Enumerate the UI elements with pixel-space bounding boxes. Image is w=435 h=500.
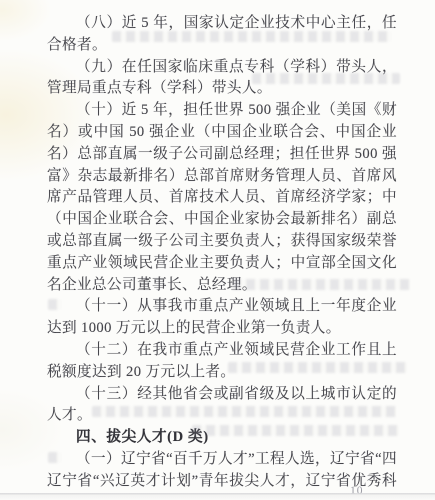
text-line: 富》杂志最新排名）总部首席财务管理人员、首席风险控制人员、首 [47, 166, 397, 188]
text-line: 名）总部直属一级子公司副总经理；担任世界 500 强企业（美国《财 [47, 144, 397, 166]
text-line: 重点产业领域民营企业主要负责人；中宣部全国文化企业 30 强提 [47, 253, 397, 275]
text-line: 辽宁省“兴辽英才计划”青年拔尖人才，辽宁省优秀科技工作者，享 [47, 471, 397, 493]
document-text: （八）近 5 年，国家认定企业技术中心主任，任期内考核结果为合格者。（九）在任国… [47, 13, 397, 493]
text-line: 税额度达到 20 万元以上者。 [47, 362, 397, 384]
text-line: 名）或中国 50 强企业（中国企业联合会、中国企业家协会最新排 [47, 122, 397, 144]
paragraph: （十三）经其他省会或副省级及以上城市认定的相应层次人才。 [47, 384, 397, 428]
scan-edge-line [2, 0, 3, 492]
paragraph: （一）辽宁省“百千万人才”工程人选，辽宁省“四个一批”人选，辽宁省“兴辽英才计划… [47, 449, 397, 493]
paragraph: （八）近 5 年，国家认定企业技术中心主任，任期内考核结果为合格者。 [47, 13, 397, 57]
text-line: （中国企业联合会、中国企业家协会最新排名）副总裁（副总经理） [47, 209, 397, 231]
text-line: 席产品管理人员、首席技术人员、首席经济学家；中国 500 强企业 [47, 187, 397, 209]
text-line: 人才。 [47, 405, 397, 427]
text-line: （十一）从事我市重点产业领域且上一年度企业纳税贡献额度 [47, 296, 397, 318]
scanned-document-page: （八）近 5 年，国家认定企业技术中心主任，任期内考核结果为合格者。（九）在任国… [0, 0, 435, 500]
text-line: 管理局重点专科（学科）带头人。 [47, 78, 397, 100]
paragraph: （十一）从事我市重点产业领域且上一年度企业纳税贡献额度达到 1000 万元以上的… [47, 296, 397, 340]
text-line: 四、拔尖人才(D 类) [47, 427, 397, 449]
text-line: 合格者。 [47, 35, 397, 57]
text-line: 或总部直属一级子公司主要负责人；获得国家级荣誉且从事我市 [47, 231, 397, 253]
text-line: （十二）在我市重点产业领域民营企业工作且上一年度个人纳 [47, 340, 397, 362]
text-line: （八）近 5 年，国家认定企业技术中心主任，任期内考核结果为 [47, 13, 397, 35]
text-line: 名企业总公司董事长、总经理。 [47, 275, 397, 297]
text-line: （九）在任国家临床重点专科（学科）带头人，在任国家中医药 [47, 57, 397, 79]
paragraph: （十）近 5 年，担任世界 500 强企业（美国《财富》杂志最新排名）或中国 5… [47, 100, 397, 296]
text-line: （十）近 5 年，担任世界 500 强企业（美国《财富》杂志最新排 [47, 100, 397, 122]
text-line: （一）辽宁省“百千万人才”工程人选，辽宁省“四个一批”人选， [47, 449, 397, 471]
page-bottom-edge [0, 493, 435, 500]
paragraph: （九）在任国家临床重点专科（学科）带头人，在任国家中医药管理局重点专科（学科）带… [47, 57, 397, 101]
section-heading: 四、拔尖人才(D 类) [47, 427, 397, 449]
paragraph: （十二）在我市重点产业领域民营企业工作且上一年度个人纳税额度达到 20 万元以上… [47, 340, 397, 384]
text-line: 达到 1000 万元以上的民营企业第一负责人。 [47, 318, 397, 340]
text-line: （十三）经其他省会或副省级及以上城市认定的相应层次 [47, 384, 397, 406]
